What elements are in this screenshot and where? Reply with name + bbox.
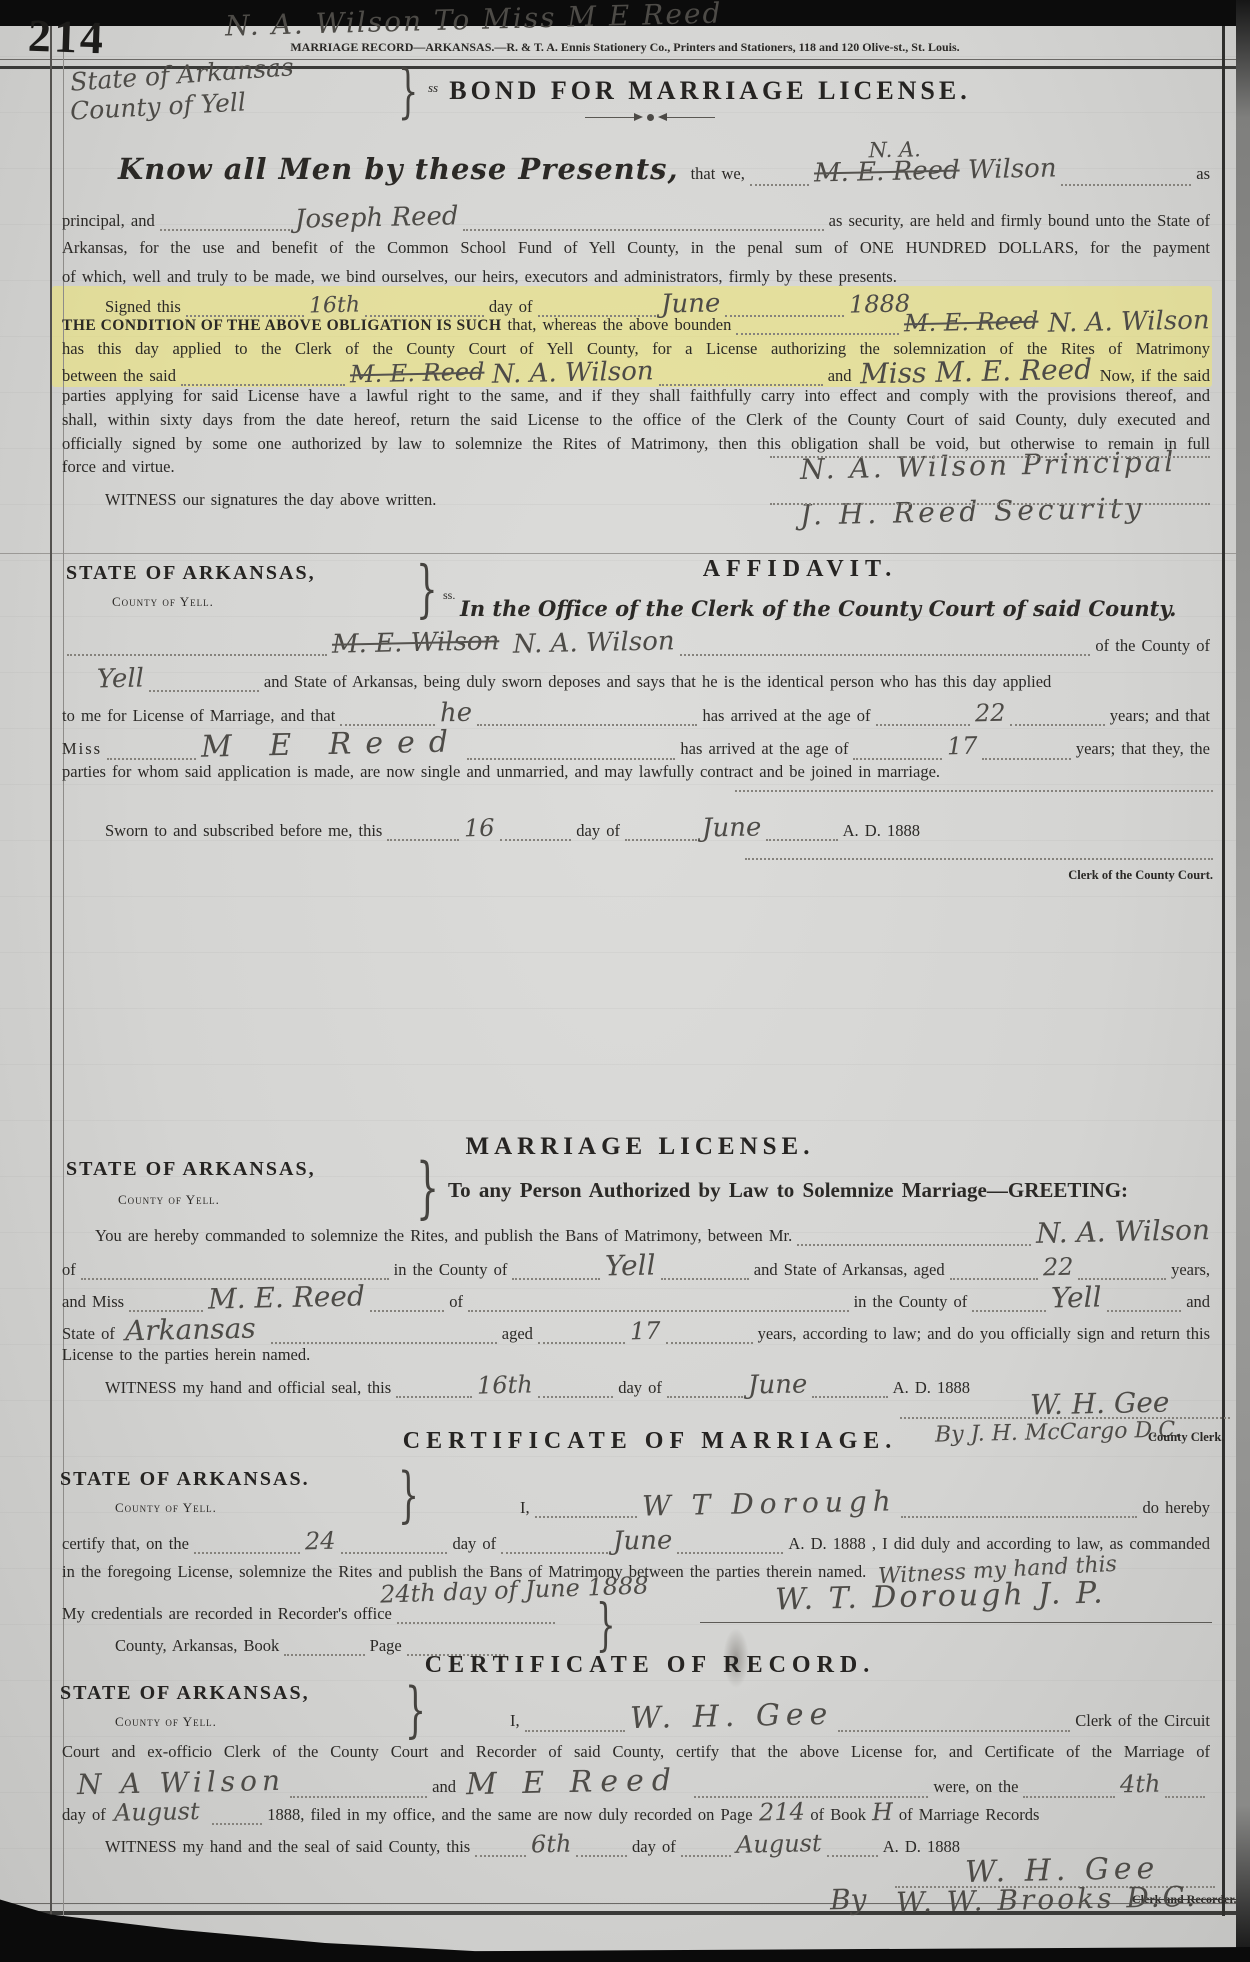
signature-line [770,456,1210,458]
dotted-fill [387,815,459,841]
affidavit-bride-name: M E Reed [200,727,462,762]
license-witness-row: WITNESS my hand and official seal, this … [105,1372,970,1398]
cert-marriage-day: 24 [305,1529,336,1554]
cert-marriage-title: CERTIFICATE OF MARRIAGE. [310,1428,990,1455]
bond-security-signature: J. H. Reed Security [800,494,1146,529]
dotted-fill [475,1832,526,1857]
dotted-fill [67,630,327,656]
cert-record-page-number: 214 [758,1800,804,1825]
cert-marriage-date-row: certify that, on the 24 day of June A. D… [62,1528,1210,1554]
dotted-fill [750,152,809,186]
affidavit-state: STATE OF ARKANSAS, [66,562,316,585]
license-line2: License to the parties herein named. [62,1345,310,1365]
dotted-fill [271,1316,497,1344]
dotted-fill [181,358,345,386]
dotted-fill [853,730,941,760]
cert-record-day-of2: day of [632,1837,676,1857]
dotted-fill [107,730,195,760]
affidavit-line3a: to me for License of Marriage, and that [62,706,335,726]
dotted-fill [212,1800,262,1825]
bond-security-name-handwritten: Joseph Reed [294,203,458,232]
cert-record-ad-year: A. D. 1888 [883,1837,960,1857]
printer-imprint: MARRIAGE RECORD—ARKANSAS.—R. & T. A. Enn… [160,40,1090,55]
license-in-county2: in the County of [854,1292,968,1312]
dotted-fill [1078,1252,1166,1280]
cert-record-filed-day: 4th [1119,1772,1160,1797]
license-aged1-pre: and State of Arkansas, aged [754,1260,945,1280]
license-county: County of Yell. [118,1192,220,1208]
dotted-fill [681,1832,732,1857]
license-witness-text: WITNESS my hand and official seal, this [105,1378,391,1398]
license-wit-day: 16th [477,1372,533,1397]
cert-marriage-day-of: day of [452,1534,496,1554]
dotted-fill [538,1372,614,1398]
affidavit-applicant-name: N. A. Wilson [513,628,675,657]
bond-principal-surname: Wilson [967,153,1056,185]
bond-as-label: as [1196,164,1210,184]
dotted-fill [736,309,899,335]
cert-record-and: and [432,1777,456,1797]
affidavit-arrived2: has arrived at the age of [680,739,848,759]
license-bride-age-row: State of Arkansas aged 17 years, accordi… [62,1316,1210,1344]
affidavit-miss-label: Miss [62,739,102,759]
dotted-fill [667,1372,743,1398]
license-state-handwritten: Arkansas [125,1315,256,1346]
cert-marriage-do-hereby: do hereby [1142,1498,1210,1518]
dotted-fill [340,700,434,726]
affidavit-title: AFFIDAVIT. [660,556,940,583]
affidavit-county-handwritten: Yell [97,666,144,693]
dotted-fill [468,1284,849,1312]
bond-security-row: principal, and Joseph Reed as security, … [62,205,1210,231]
affidavit-years2: years; that they, the [1076,739,1210,759]
bond-principal-correction: N. A. [868,139,921,161]
affidavit-bride-age: 17 [947,734,978,759]
section-divider-rule [0,553,1250,554]
cert-record-book-letter: H [872,1800,893,1824]
bond-condition-row7: force and virtue. [62,457,175,477]
cert-marriage-county: County of Yell. [115,1500,217,1516]
bond-condition-row5: shall, within sixty days from the date h… [62,410,1210,430]
dotted-fill [500,815,572,841]
license-of1: of [62,1260,76,1280]
affidavit-brace: } [416,558,438,620]
dotted-fill [467,730,676,760]
license-county1-handwritten: Yell [605,1251,656,1280]
affidavit-line2: and State of Arkansas, being duly sworn … [264,672,1051,692]
dotted-fill [950,1252,1038,1280]
cert-marriage-month: June [612,1527,672,1554]
dotted-fill [1061,152,1191,186]
dotted-fill [576,1832,627,1857]
license-ad-year: A. D. 1888 [893,1378,970,1398]
cert-marriage-certify: certify that, on the [62,1534,189,1554]
affidavit-clerk-label: Clerk of the County Court. [1000,868,1213,883]
cert-marriage-officiant-row: I, W T Dorough do hereby [520,1490,1210,1518]
bond-body-line2: of which, well and truly to be made, we … [62,267,897,287]
dotted-fill [1023,1768,1114,1798]
dotted-fill [1107,1284,1181,1312]
affidavit-county-row: Yell and State of Arkansas, being duly s… [62,666,1210,692]
dotted-fill [290,1768,427,1798]
ornament-arrow-right-icon [634,113,643,121]
signature-line [700,1622,1212,1623]
cert-marriage-brace: } [398,1465,419,1525]
affidavit-ss-label: ss. [443,588,455,603]
cert-record-month-handwritten: August [113,1799,199,1825]
affidavit-ad-year: A. D. 1888 [843,821,920,841]
affidavit-groom-age-row: to me for License of Marriage, and that … [62,700,1210,726]
page-number: 214 [27,9,107,65]
cert-record-day-of: day of [62,1805,106,1825]
cert-record-state: STATE OF ARKANSAS, [60,1682,310,1705]
dotted-fill [972,1284,1046,1312]
dotted-fill [370,1284,444,1312]
dotted-fill [901,1490,1137,1518]
license-bride-name: M. E. Reed [208,1282,365,1313]
license-years2: years, according to law; and do you offi… [758,1324,1210,1344]
bond-between-bride: Miss M. E. Reed [859,356,1092,389]
affidavit-of-county: of the County of [1095,636,1210,656]
license-line1: You are hereby commanded to solemnize th… [95,1226,792,1246]
affidavit-sworn-text: Sworn to and subscribed before me, this [105,821,382,841]
blank-signature-line [735,790,1213,792]
bond-principal-name-handwritten: N. A. M. E. Reed Wilson [814,155,1057,186]
license-and-miss: and Miss [62,1292,124,1312]
cert-record-of-book: of Book [810,1805,866,1825]
cert-marriage-officiant-signature: W. T. Dorough J. P. [775,1579,1106,1616]
cert-record-deputy-row: By W. W. Brooks D.C. [830,1886,1250,1914]
license-groom-age: 22 [1042,1255,1073,1280]
license-bride-age: 17 [630,1319,661,1344]
dotted-fill [661,1252,749,1280]
cert-marriage-county-book: County, Arkansas, Book [115,1636,279,1656]
bond-county-handwritten: County of Yell [69,89,246,123]
license-title: MARRIAGE LICENSE. [420,1133,860,1161]
dotted-fill [194,1528,300,1554]
license-wit-month: June [747,1371,807,1398]
scan-right-edge [1236,0,1250,1962]
license-brace: } [416,1155,439,1221]
license-state: STATE OF ARKANSAS, [66,1158,316,1181]
license-aged2: aged [502,1324,533,1344]
license-greeting: To any Person Authorized by Law to Solem… [448,1178,1128,1203]
dotted-fill [797,1218,1031,1246]
bond-condition-row3: between the said M. E. Reed N. A. Wilson… [62,358,1210,386]
bond-brace: } [398,62,418,120]
affidavit-he-handwritten: he [439,700,472,727]
affidavit-sworn-month: June [701,814,761,841]
cert-marriage-i: I, [520,1498,530,1518]
license-years1: years, [1171,1260,1210,1280]
license-groom-row: of in the County of Yell and State of Ar… [62,1252,1210,1280]
affidavit-name-row: M. E. Wilson N. A. Wilson of the County … [62,630,1210,656]
cert-record-bride-name: M E Reed [466,1766,680,1800]
cert-record-year: 1888 [267,1805,300,1825]
bond-witness-line: WITNESS our signatures the day above wri… [105,490,436,510]
signature-line [770,503,1210,505]
dotted-fill [129,1284,203,1312]
cert-record-were-on: were, on the [933,1777,1018,1797]
dotted-fill [81,1252,389,1280]
affidavit-struck-name: M. E. Wilson [332,628,500,657]
bond-ss-label: ss [428,80,438,96]
cert-record-brace: } [405,1680,426,1740]
dotted-fill [838,1702,1070,1732]
dotted-fill [397,1604,555,1624]
dotted-fill [341,1528,447,1554]
cert-record-witness-row: WITNESS my hand and the seal of said Cou… [105,1832,960,1857]
affidavit-arrived1: has arrived at the age of [702,706,870,726]
cert-record-records: of Marriage Records [899,1805,1040,1825]
bond-condition-rest: that, whereas the above bounden [508,315,732,335]
dotted-fill [1165,1768,1205,1798]
marriage-record-page: N. A. Wilson To Miss M E Reed 214 MARRIA… [0,0,1250,1962]
ornament-line [585,117,634,118]
affidavit-years1: years; and that [1110,706,1210,726]
license-and2: and [1186,1292,1210,1312]
dotted-fill [677,1528,783,1554]
dotted-fill [812,1372,888,1398]
cert-record-clerk-row: I, W. H. Gee Clerk of the Circuit [510,1702,1210,1732]
right-margin-rule [1222,26,1225,1916]
dotted-fill [666,1316,753,1344]
dotted-fill [766,815,838,841]
cert-record-clerk-name: W. H. Gee [629,1700,833,1734]
bond-bounden-struck-name: M. E. Reed [904,309,1039,336]
dotted-fill [535,1490,637,1518]
dotted-fill [1010,700,1104,726]
cert-marriage-brace2: } [596,1598,616,1654]
cert-marriage-credentials: My credentials are recorded in Recorder'… [62,1604,392,1624]
bond-opening-phrase: Know all Men by these Presents, [118,152,679,186]
dotted-fill [512,1252,600,1280]
dotted-fill [525,1702,625,1732]
dotted-fill [463,205,823,231]
affidavit-groom-age: 22 [975,701,1006,726]
dotted-fill [538,1316,625,1344]
cert-marriage-state: STATE OF ARKANSAS. [60,1468,310,1491]
divider-ornament [585,113,715,121]
ornament-arrow-left-icon [658,113,667,121]
cert-record-groom-name: N A Wilson [77,1767,286,1799]
bond-condition-row1: THE CONDITION OF THE ABOVE OBLIGATION IS… [62,309,1210,335]
bond-that-we: that we, [691,164,745,184]
cert-record-filed-rest: , filed in my office, and the same are n… [300,1805,752,1825]
bond-condition-lead: THE CONDITION OF THE ABOVE OBLIGATION IS… [62,317,502,335]
dotted-fill [680,630,1091,656]
bond-condition-row4: parties applying for said License have a… [62,386,1210,406]
affidavit-bride-age-row: Miss M E Reed has arrived at the age of … [62,730,1210,760]
dotted-fill [625,815,697,841]
bond-and: and [828,366,852,386]
dotted-fill [876,700,970,726]
cert-record-clerk-of: Clerk of the Circuit [1075,1711,1210,1731]
cert-record-filed-row: day of August 1888 , filed in my office,… [62,1800,1210,1825]
bond-parties-row: Know all Men by these Presents, that we,… [118,152,1210,186]
cert-record-i: I, [510,1711,520,1731]
left-margin-rule [50,26,52,1918]
bond-between-said: between the said [62,366,176,386]
license-clerk-label: County Clerk. [1148,1430,1224,1445]
affidavit-county: County of Yell. [112,594,214,610]
affidavit-sworn-row: Sworn to and subscribed before me, this … [105,815,920,841]
cert-record-county: County of Yell. [115,1714,217,1730]
bond-security-rest: as security, are held and firmly bound u… [829,211,1210,231]
cert-record-wit-month: August [736,1831,822,1857]
bond-bounden-name: N. A. Wilson [1048,307,1210,336]
cert-record-witness-text: WITNESS my hand and the seal of said Cou… [105,1837,470,1857]
license-state-of: State of [62,1324,115,1344]
affidavit-line4: parties for whom said application is mad… [62,762,940,782]
bond-principal-signature: N. A. Wilson Principal [800,448,1177,484]
bond-title: BOND FOR MARRIAGE LICENSE. [440,76,980,106]
bond-between-struck-name: M. E. Reed [350,360,485,387]
license-of2: of [449,1292,463,1312]
bond-principal-and: principal, and [62,211,155,231]
license-clerk-signature: W. H. Gee [1030,1389,1170,1420]
ornament-dot-icon [647,114,654,121]
license-in-county1: in the County of [394,1260,508,1280]
license-county2-handwritten: Yell [1051,1283,1102,1312]
affidavit-sworn-day: 16 [464,816,495,841]
cert-marriage-ad-tail: A. D. 1888 , I did duly and according to… [788,1534,1210,1554]
cert-record-names-row: N A Wilson and M E Reed were, on the 4th [62,1768,1210,1798]
cert-marriage-officiant-name: W T Dorough [641,1487,896,1520]
license-bride-row: and Miss M. E. Reed of in the County of … [62,1284,1210,1312]
dotted-fill [659,358,823,386]
license-command-row: You are hereby commanded to solemnize th… [95,1218,1210,1246]
bond-body-line1: Arkansas, for the use and benefit of the… [62,238,1210,258]
cert-record-by: By [830,1886,867,1915]
license-groom-name: N. A. Wilson [1036,1216,1211,1248]
clerk-signature-line [745,858,1213,860]
license-day-of: day of [618,1378,662,1398]
affidavit-subtitle: In the Office of the Clerk of the County… [460,596,1176,621]
affidavit-day-of: day of [576,821,620,841]
cert-marriage-credentials-row: My credentials are recorded in Recorder'… [62,1604,560,1624]
cert-record-wit-day: 6th [531,1832,572,1857]
dotted-fill [827,1832,878,1857]
dotted-fill [396,1372,472,1398]
cert-record-deputy-signature: W. W. Brooks D.C. [896,1883,1198,1917]
dotted-fill [477,700,698,726]
dotted-fill [501,1528,607,1554]
dotted-fill [160,205,290,231]
dotted-fill [149,666,259,692]
bond-between-groom: N. A. Wilson [492,358,654,387]
dotted-fill [694,1768,928,1798]
dotted-fill [982,730,1070,760]
bond-now-if: Now, if the said [1100,366,1210,386]
ornament-line [667,117,716,118]
cert-record-line2: Court and ex-officio Clerk of the County… [62,1742,1210,1762]
